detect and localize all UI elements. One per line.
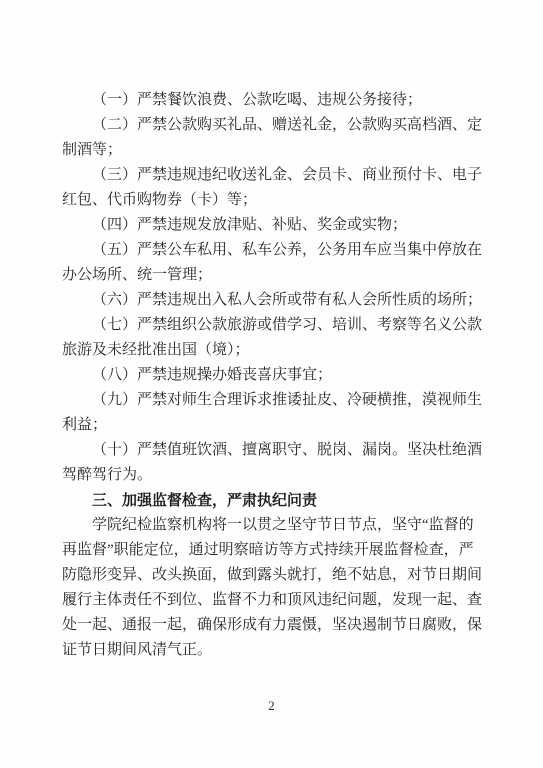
text-line-prohibition-3: （三）严禁违规违纪收送礼金、会员卡、商业预付卡、电子 <box>62 163 482 188</box>
text-line-prohibition-1: （一）严禁餐饮浪费、公款吃喝、违规公务接待； <box>62 88 482 113</box>
text-line-closing-2: 再监督”职能定位，通过明察暗访等方式持续开展监督检查，严 <box>62 538 482 563</box>
page-number: 2 <box>0 698 543 714</box>
text-line-closing-1: 学院纪检监察机构将一以贯之坚守节日节点，坚守“监督的 <box>62 513 482 538</box>
text-line-prohibition-10-cont: 驾醉驾行为。 <box>62 463 482 488</box>
text-line-prohibition-8: （八）严禁违规操办婚丧喜庆事宜； <box>62 363 482 388</box>
section-heading: 三、加强监督检查，严肃执纪问责 <box>62 488 482 513</box>
text-line-prohibition-7-cont: 旅游及未经批准出国（境）； <box>62 338 482 363</box>
text-line-closing-3: 防隐形变异、改头换面，做到露头就打，绝不姑息，对节日期间 <box>62 563 482 588</box>
text-line-prohibition-2-cont: 制酒等； <box>62 138 482 163</box>
text-line-prohibition-9-cont: 利益； <box>62 413 482 438</box>
text-line-closing-5: 处一起、通报一起，确保形成有力震慑，坚决遏制节日腐败，保 <box>62 613 482 638</box>
text-line-prohibition-5-cont: 办公场所、统一管理； <box>62 263 482 288</box>
text-line-prohibition-5: （五）严禁公车私用、私车公养，公务用车应当集中停放在 <box>62 238 482 263</box>
document-page: （一）严禁餐饮浪费、公款吃喝、违规公务接待； （二）严禁公款购买礼品、赠送礼金，… <box>0 0 543 768</box>
text-line-closing-6: 证节日期间风清气正。 <box>62 638 482 663</box>
text-line-prohibition-7: （七）严禁组织公款旅游或借学习、培训、考察等名义公款 <box>62 313 482 338</box>
document-body: （一）严禁餐饮浪费、公款吃喝、违规公务接待； （二）严禁公款购买礼品、赠送礼金，… <box>62 88 482 663</box>
text-line-prohibition-2: （二）严禁公款购买礼品、赠送礼金，公款购买高档酒、定 <box>62 113 482 138</box>
text-line-prohibition-3-cont: 红包、代币购物券（卡）等； <box>62 188 482 213</box>
text-line-closing-4: 履行主体责任不到位、监督不力和顶风违纪问题，发现一起、查 <box>62 588 482 613</box>
text-line-prohibition-10: （十）严禁值班饮酒、擅离职守、脱岗、漏岗。坚决杜绝酒 <box>62 438 482 463</box>
text-line-prohibition-4: （四）严禁违规发放津贴、补贴、奖金或实物； <box>62 213 482 238</box>
text-line-prohibition-9: （九）严禁对师生合理诉求推诿扯皮、冷硬横推，漠视师生 <box>62 388 482 413</box>
text-line-prohibition-6: （六）严禁违规出入私人会所或带有私人会所性质的场所； <box>62 288 482 313</box>
